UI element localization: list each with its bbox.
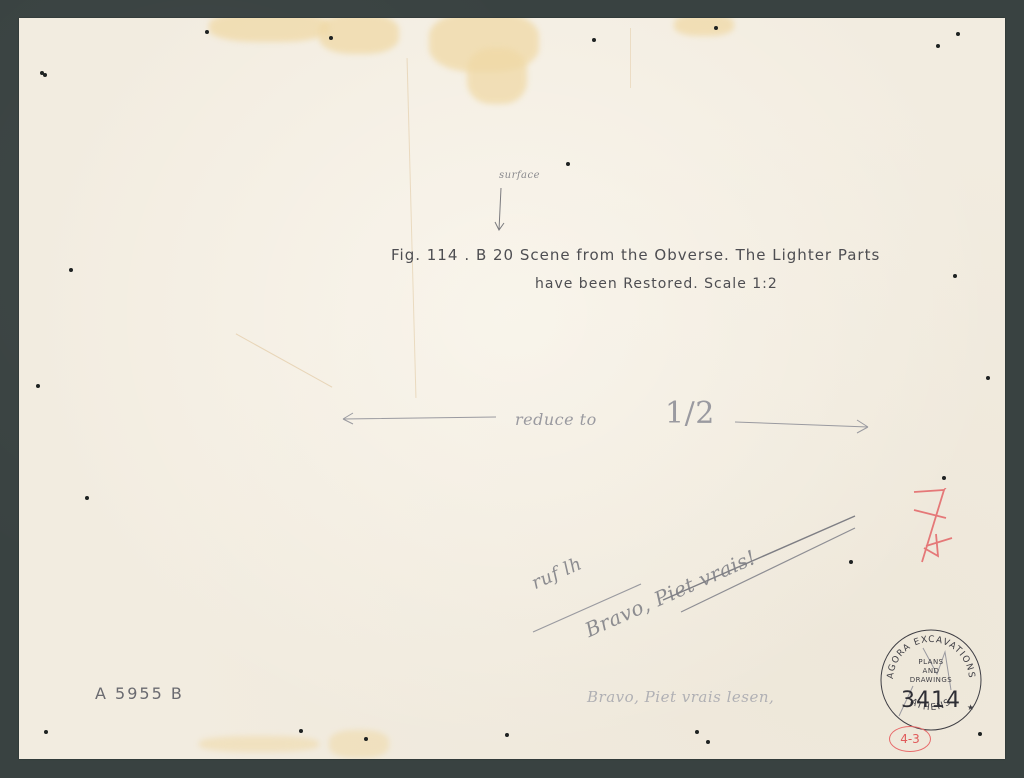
pinhole [43, 73, 47, 77]
red-circled-number: 4-3 [889, 726, 931, 752]
figure-caption-line-1: Fig. 114. B 20 Scene from the Obverse. T… [391, 246, 880, 264]
pinhole [69, 268, 73, 272]
pinhole [364, 737, 368, 741]
accession-number: A 5955 B [95, 684, 184, 703]
double-underline [659, 508, 859, 618]
pinhole [706, 740, 710, 744]
water-stain-top-right [674, 18, 734, 36]
pinhole [299, 729, 303, 733]
pinhole [205, 30, 209, 34]
pinhole [44, 730, 48, 734]
figure-caption-line-2: have been Restored. Scale 1:2 [535, 276, 778, 292]
pinhole [329, 36, 333, 40]
pinhole [36, 384, 40, 388]
paper-sheet: surface Fig. 114. B 20 Scene from the Ob… [19, 18, 1005, 759]
pinhole [956, 32, 960, 36]
pinhole [566, 162, 570, 166]
caption-text: . B 20 Scene from the Obverse. The Light… [464, 246, 880, 264]
water-stain-bottom-2 [329, 730, 389, 758]
down-arrow-icon [493, 186, 507, 234]
vertical-crease [407, 58, 417, 398]
bottom-faint-note: Bravo, Piet vrais lesen, [587, 688, 774, 706]
water-stain-top-drip [467, 48, 527, 104]
stamp-drawings: DRAWINGS [879, 676, 983, 685]
reduce-instruction: reduce to [515, 410, 597, 429]
pinhole [85, 496, 89, 500]
pinhole [953, 274, 957, 278]
reduce-fraction: 1/2 [665, 396, 715, 431]
pinhole [936, 44, 940, 48]
pinhole [942, 476, 946, 480]
pinhole [714, 26, 718, 30]
pinhole [505, 733, 509, 737]
figure-number: Fig. 114 [391, 246, 458, 264]
left-arrow-icon [341, 410, 501, 426]
diagonal-crease [236, 333, 333, 387]
stamp-center-text: PLANS AND DRAWINGS [879, 658, 983, 685]
stamp-plans: PLANS [879, 658, 983, 667]
stamp-and: AND [879, 667, 983, 676]
pinhole [592, 38, 596, 42]
red-pencil-mark [912, 488, 954, 564]
water-stain-bottom [199, 736, 319, 752]
pinhole [986, 376, 990, 380]
water-stain-top-left [209, 18, 329, 42]
stamp-number: 3414 [879, 688, 983, 713]
pinhole [695, 730, 699, 734]
surface-note: surface [499, 170, 540, 181]
pinhole [978, 732, 982, 736]
top-right-crease [630, 28, 631, 88]
agora-excavations-stamp: AGORA EXCAVATIONS ATHENS ★ PLANS AND DRA… [879, 628, 983, 732]
right-arrow-icon [733, 416, 873, 436]
